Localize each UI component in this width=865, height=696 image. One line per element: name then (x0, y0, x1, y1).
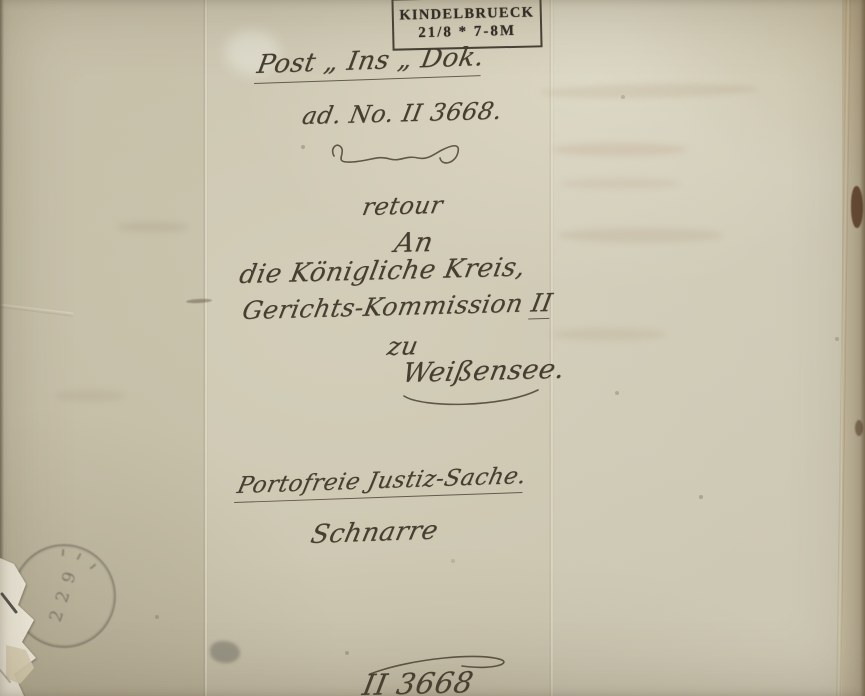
showthrough-streak (560, 178, 680, 189)
addressee-line-2: Gerichts-Kommission II (240, 288, 555, 325)
fold-line-right (549, 0, 554, 696)
reference-line: ad. No. II 3668. (300, 97, 505, 130)
signature-line: Schnarre (308, 516, 441, 550)
postmark-tick (90, 564, 97, 570)
showthrough-streak (540, 82, 760, 100)
ink-smudge (210, 641, 240, 663)
torn-paper-patch (0, 550, 60, 696)
document-photo: KINDELBRUECK 21/8 * 7-8M Post „ Ins „ Do… (0, 0, 865, 696)
paper-specks (0, 0, 2, 2)
zu-line: zu (385, 331, 421, 361)
showthrough-streak (552, 143, 687, 156)
showthrough-streak (552, 328, 667, 341)
small-stain (855, 420, 863, 436)
wax-stain (851, 186, 863, 228)
place-underline-swash (392, 386, 542, 410)
postmark-date-line: 21/8 * 7-8M (418, 22, 516, 41)
postmark-tick (76, 553, 81, 560)
showthrough-streak (558, 228, 723, 243)
flourish-mark (326, 136, 471, 176)
paper-panel-right (554, 0, 842, 696)
heading-line: Post „ Ins „ Dok. (254, 42, 487, 84)
docket-number: II 3668 (360, 665, 476, 696)
crease-horizontal-left (0, 303, 74, 316)
place-line: Weißensee. (400, 354, 568, 389)
showthrough-streak (118, 222, 188, 232)
fold-line-left (203, 0, 208, 696)
ink-dash-mark (186, 298, 212, 303)
fold-line-far-right (836, 0, 851, 696)
paper-edge-right (860, 0, 865, 696)
addressee-line-2-text: Gerichts-Kommission (240, 288, 534, 325)
commission-numeral: II (528, 288, 555, 320)
postmark-town-line: KINDELBRUECK (399, 4, 534, 24)
showthrough-streak (55, 390, 125, 402)
retour-line: retour (360, 191, 445, 221)
postmark-tick (62, 549, 64, 556)
franking-line: Portofreie Justiz-Sache. (234, 463, 529, 503)
addressee-line-1: die Königliche Kreis, (237, 253, 528, 290)
